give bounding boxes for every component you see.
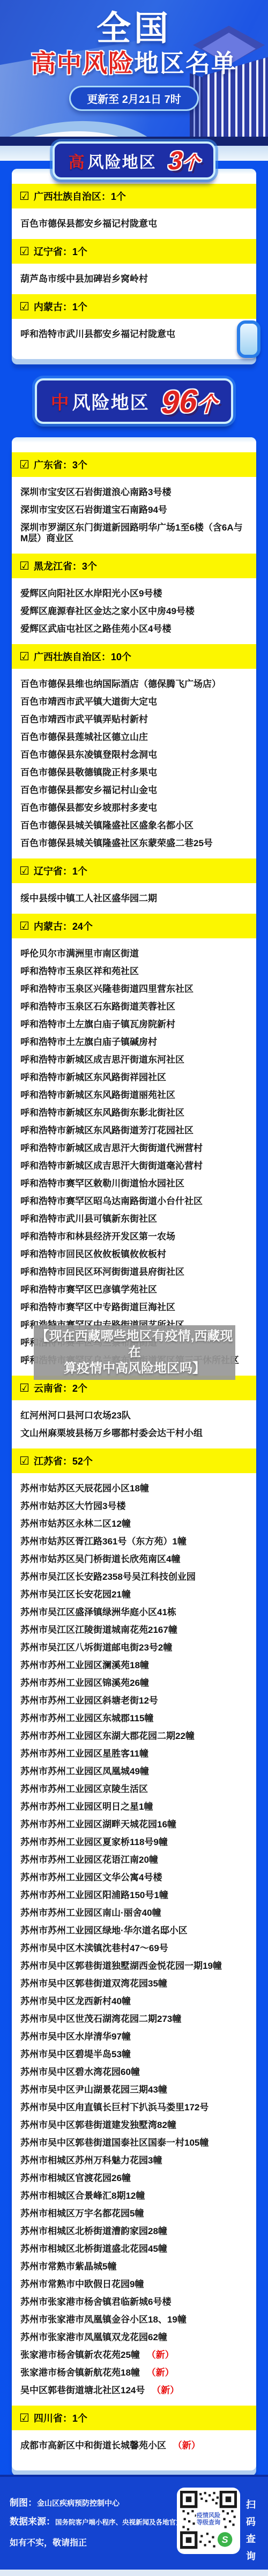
area-name: 苏州市相城区北桥街道盛北花园45幢: [20, 2244, 167, 2254]
checkbox-icon: ☑: [19, 191, 29, 202]
area-name: 苏州市张家港市凤凰镇双龙花园62幢: [20, 2332, 167, 2342]
province-header: ☑ 辽宁省：1个: [12, 239, 256, 264]
area-name: 苏州市苏州工业园区花语江南20幢: [20, 1855, 158, 1865]
area-row: 苏州市吴中区郭巷街道独墅湖西金悦花园一期19幢: [12, 1957, 256, 1975]
checkbox-icon: ☑: [19, 651, 29, 662]
area-name: 爱辉区鹿源春社区金达之家小区中房49号楼: [20, 606, 195, 616]
area-row: 苏州市吴中区尹山湖景花园三期43幢: [12, 2081, 256, 2099]
area-row: 苏州市张家港市杨舍镇君临新城6号楼: [12, 2293, 256, 2311]
area-name: 苏州市相城区苏州万科魅力花园3幢: [20, 2155, 162, 2166]
title-block: 全国 高中风险地区名单 更新至 2月21日 7时: [0, 0, 268, 111]
area-row: 苏州市苏州工业园区东湖大郡花园二期22幢: [12, 1727, 256, 1745]
high-risk-section-badge: 高 风险地区 3 个: [53, 141, 216, 180]
area-row: 苏州市吴中区碧水湾花园60幢: [12, 2063, 256, 2081]
area-row: 百色市德保县城关镇隆盛社区盛象名都小区: [12, 817, 256, 834]
source-line: 数据来源：国务院客户端小程序、央视新闻及各地官方发布: [10, 2514, 173, 2527]
area-name: 呼和浩特市和林县经济开发区第一农场: [20, 1231, 175, 1242]
area-row: 苏州市张家港市凤凰镇金谷小区18、19幢: [12, 2311, 256, 2328]
area-name: 苏州市相城区万宇名都花园5幢: [20, 2208, 144, 2219]
area-name: 百色市德保县都安乡福记村陇意屯: [20, 219, 157, 229]
area-row: 呼和浩特市赛罕区敕勒川街道怡水园社区: [12, 1175, 256, 1192]
area-row: 苏州市吴中区郭巷街道双湾花园35幢: [12, 1975, 256, 1992]
checkbox-icon: ☑: [19, 1455, 29, 1467]
province-header: ☑ 广东省：3个: [12, 452, 256, 477]
watermark-line-1: 【现在西藏哪些地区有疫情,西藏现在: [35, 1328, 234, 1361]
area-row: 苏州市苏州工业园区湖畔天城花园16幢: [12, 1816, 256, 1833]
area-row: 爱辉区鹿源春社区金达之家小区中房49号楼: [12, 602, 256, 620]
area-name: 百色市德保县都安乡福记村山金屯: [20, 785, 157, 795]
area-name: 文山州麻栗坡县杨万乡哪都村委会达干村小组: [20, 1428, 203, 1438]
area-row: 吴中区郭巷街道塘北社区124号 （新）: [12, 2381, 256, 2399]
credit-line: 制图：金山区疾病预防控制中心: [10, 2495, 173, 2508]
area-name: 百色市靖西市武平镇大道街大定屯: [20, 697, 157, 707]
area-name: 苏州市常熟市紫晶城5幢: [20, 2261, 116, 2272]
area-row: 呼伦贝尔市满洲里市南区街道: [12, 945, 256, 962]
area-row: 苏州市苏州工业园区东城郡115幢: [12, 1709, 256, 1727]
province-name: 内蒙古：1个: [34, 300, 87, 313]
area-row: 苏州市吴江区长安路2358号吴江科技创业园: [12, 1568, 256, 1586]
area-row: 红河州河口县河口农场23队: [12, 1407, 256, 1424]
province-name: 黑龙江省：3个: [34, 559, 97, 573]
province-name: 云南省：2个: [34, 1381, 87, 1395]
area-name: 呼和浩特市回民区环河街街道县府街社区: [20, 1267, 184, 1277]
area-name: 苏州市苏州工业园区斜塘老街12号: [20, 1696, 158, 1706]
area-name: 百色市德保县城关镇隆盛社区东蒙荣盛二巷25号: [20, 838, 213, 848]
checkbox-icon: ☑: [19, 921, 29, 932]
area-name: 苏州市吴中区水岸清华97幢: [20, 2032, 131, 2042]
area-name: 爱辉区武庙屯社区之路佳苑小区4号楼: [20, 624, 171, 634]
area-name: 苏州市苏州工业园区凤凰城49幢: [20, 1766, 149, 1776]
update-time-badge: 更新至 2月21日 7时: [69, 86, 199, 111]
credit-label: 制图：: [10, 2498, 37, 2508]
area-name: 苏州市姑苏区吴门桥街道长欣苑南区4幢: [20, 1554, 180, 1564]
area-name: 苏州市吴江区八坼街道邮电街23号2幢: [20, 1642, 172, 1653]
province-name: 内蒙古：24个: [34, 919, 93, 933]
area-name: 深圳市宝安区石岩街道浪心南路3号楼: [20, 487, 171, 497]
area-row: 苏州市苏州工业园区凤凰城49幢: [12, 1763, 256, 1780]
area-name: 呼和浩特市玉泉区兴隆巷街道四里营东社区: [20, 984, 193, 994]
area-row: 苏州市张家港市凤凰镇双龙花园62幢: [12, 2328, 256, 2346]
header: 全国 高中风险地区名单 更新至 2月21日 7时: [0, 0, 268, 161]
province-group: ☑ 黑龙江省：3个 爱辉区向阳社区水岸阳光小区9号楼 爱辉区鹿源春社区金达之家小…: [12, 554, 256, 638]
area-name: 苏州市张家港市凤凰镇金谷小区18、19幢: [20, 2314, 187, 2325]
province-name: 江苏省：52个: [34, 1454, 93, 1468]
province-header: ☑ 四川省：1个: [12, 2406, 256, 2430]
medium-risk-count-number: 96: [160, 382, 198, 421]
area-name: 张家港市杨舍镇新农花苑25幢: [20, 2350, 140, 2360]
area-row: 呼和浩特市玉泉区石东路街道芙蓉社区: [12, 998, 256, 1016]
area-row: 百色市德保县维也纳国际酒店（德保腾飞广场店）: [12, 675, 256, 693]
area-row: 苏州市苏州工业园区明日之星1幢: [12, 1798, 256, 1816]
area-name: 深圳市罗湖区东门街道新园路明华广场1至6楼（含6A与M层）商业区: [20, 522, 243, 543]
area-row: 呼和浩特市新城区成吉思汗大街街道代洲营村: [12, 1139, 256, 1157]
chain-link-icon: [237, 320, 260, 358]
area-name: 苏州市苏州工业园区南山·丽舍40幢: [20, 1908, 161, 1918]
subtitle-risk-text: 高中风险: [31, 49, 134, 77]
area-name: 苏州市吴江区长安路2358号吴江科技创业园: [20, 1572, 196, 1582]
area-row: 苏州市吴中区甪直镇长巨村下扒浜马娄里172号: [12, 2099, 256, 2116]
area-row: 苏州市苏州工业园区夏家桥118号9幢: [12, 1833, 256, 1851]
area-name: 呼和浩特市赛罕区中专路街道巨海社区: [20, 1302, 175, 1312]
svg-text:S: S: [222, 2534, 228, 2545]
area-name: 苏州市苏州工业园区阳浦路150号1幢: [20, 1890, 168, 1900]
area-row: 百色市德保县莲城社区德立山庄: [12, 728, 256, 746]
province-group: ☑ 内蒙古：1个 呼和浩特市武川县都安乡福记村陇意屯: [12, 294, 256, 343]
source-value: 国务院客户端小程序、央视新闻及各地官方发布: [55, 2519, 196, 2526]
area-name: 红河州河口县河口农场23队: [20, 1410, 131, 1421]
area-row: 苏州市苏州工业园区南山·丽舍40幢: [12, 1904, 256, 1922]
medium-risk-count-unit: 个: [196, 387, 218, 417]
province-group: ☑ 辽宁省：1个 葫芦岛市绥中县加碑岩乡窝岭村: [12, 239, 256, 288]
area-row: 百色市德保县东凌镇登限村念洞屯: [12, 746, 256, 764]
province-group: ☑ 辽宁省：1个 绥中县绥中镇工人社区盛华园二期: [12, 858, 256, 907]
area-row: 苏州市相城区合景峰汇8期12幢: [12, 2187, 256, 2205]
area-row: 呼和浩特市赛罕区乌兰察布路街道 【现在西藏哪些地区有疫情,西藏现在 算疫情中高风…: [12, 1334, 256, 1352]
checkbox-icon: ☑: [19, 2413, 29, 2424]
qr-code: 疫情风险 等级查询 S: [177, 2488, 240, 2554]
province-group: ☑ 云南省：2个 红河州河口县河口农场23队 文山州麻栗坡县杨万乡哪都村委会达干…: [12, 1376, 256, 1442]
page-title: 全国: [0, 11, 268, 47]
area-name: 呼和浩特市回民区攸攸板镇攸攸板村: [20, 1249, 166, 1259]
area-name: 苏州市姑苏区天辰花园小区18幢: [20, 1483, 149, 1494]
area-row: 苏州市苏州工业园区阳浦路150号1幢: [12, 1886, 256, 1904]
area-name: 苏州市吴中区郭巷街道国泰社区国泰一村105幢: [20, 2138, 209, 2148]
medium-risk-prefix: 中: [51, 388, 69, 414]
footer-note: 如有不实，敬请指正: [10, 2536, 173, 2548]
area-row: 呼和浩特市玉泉区兴隆巷街道四里营东社区: [12, 980, 256, 998]
area-row: 苏州市相城区官渡花园26幢: [12, 2169, 256, 2187]
checkbox-icon: ☑: [19, 301, 29, 312]
footer: 制图：金山区疾病预防控制中心 数据来源：国务院客户端小程序、央视新闻及各地官方发…: [0, 2475, 268, 2572]
area-name: 呼和浩特市土左旗白庙子镇瓦房院新村: [20, 1019, 175, 1029]
area-row: 呼和浩特市赛罕区中专路街道巨海社区: [12, 1298, 256, 1316]
area-name: 苏州市吴中区世茂石湖湾花园二期273幢: [20, 2014, 181, 2024]
qr-caption: 扫码查询: [243, 2499, 257, 2568]
area-row: 百色市靖西市武平镇大道街大定屯: [12, 693, 256, 711]
area-name: 呼和浩特市新城区成吉思汗大街街道毫沁营村: [20, 1161, 203, 1171]
area-name: 呼和浩特市新城区东风路街祥园社区: [20, 1072, 166, 1082]
province-header: ☑ 内蒙古：1个: [12, 294, 256, 319]
province-group: ☑ 江苏省：52个 苏州市姑苏区天辰花园小区18幢 苏州市姑苏区大竹园3号楼 苏…: [12, 1448, 256, 2399]
checkbox-icon: ☑: [19, 459, 29, 471]
area-name: 百色市德保县城关镇隆盛社区盛象名都小区: [20, 820, 193, 831]
area-row: 葫芦岛市绥中县加碑岩乡窝岭村: [12, 270, 256, 288]
province-header: ☑ 广西壮族自治区：10个: [12, 644, 256, 669]
area-name: 苏州市吴中区尹山湖景花园三期43幢: [20, 2085, 167, 2095]
area-name: 呼和浩特市新城区东风路街道丽苑社区: [20, 1090, 175, 1100]
area-name: 成都市高新区中和街道长城馨苑小区: [20, 2440, 166, 2451]
area-name: 呼和浩特市赛罕区巴彦镇学苑社区: [20, 1285, 157, 1295]
area-name: 苏州市苏州工业园区星胜客11幢: [20, 1749, 148, 1759]
area-row: 苏州市常熟市紫晶城5幢: [12, 2258, 256, 2275]
area-name: 苏州市吴中区碧堤半岛53幢: [20, 2049, 131, 2059]
area-name: 爱辉区向阳社区水岸阳光小区9号楼: [20, 588, 162, 599]
area-name: 呼和浩特市新城区东风路街道芳汀花园社区: [20, 1125, 193, 1136]
area-name: 葫芦岛市绥中县加碑岩乡窝岭村: [20, 274, 148, 284]
area-row: 呼和浩特市新城区东风路街祥园社区: [12, 1069, 256, 1086]
area-name: 呼和浩特市赛罕区昭乌达南路街道小台什社区: [20, 1196, 203, 1206]
high-risk-count-number: 3: [167, 146, 183, 176]
area-name: 吴中区郭巷街道塘北社区124号: [20, 2385, 145, 2395]
qr-center-text-1: 疫情风险: [196, 2512, 220, 2519]
area-row: 苏州市吴中区水岸清华97幢: [12, 2028, 256, 2045]
province-name: 四川省：1个: [34, 2411, 87, 2425]
area-name: 苏州市吴江区盛泽镇绿洲华庭小区41栋: [20, 1607, 176, 1617]
province-group: ☑ 广西壮族自治区：10个 百色市德保县维也纳国际酒店（德保腾飞广场店） 百色市…: [12, 644, 256, 852]
area-row: 呼和浩特市和林县经济开发区第一农场: [12, 1228, 256, 1245]
province-group: ☑ 四川省：1个 成都市高新区中和街道长城馨苑小区 （新）: [12, 2406, 256, 2454]
area-name: 呼和浩特市赛罕区敕勒川街道怡水园社区: [20, 1178, 184, 1189]
area-row: 爱辉区武庙屯社区之路佳苑小区4号楼: [12, 620, 256, 638]
area-name: 绥中县绥中镇工人社区盛华园二期: [20, 893, 157, 904]
province-header: ☑ 黑龙江省：3个: [12, 554, 256, 578]
area-row: 成都市高新区中和街道长城馨苑小区 （新）: [12, 2437, 256, 2454]
credit-value: 金山区疾病预防控制中心: [37, 2499, 120, 2507]
new-badge: （新）: [173, 2440, 200, 2451]
area-row: 苏州市吴江区江陵街道城南花苑2167幢: [12, 1621, 256, 1639]
area-row: 呼和浩特市回民区环河街街道县府街社区: [12, 1263, 256, 1281]
area-name: 百色市德保县都安乡坡那村多麦屯: [20, 803, 157, 813]
area-name: 呼和浩特市土左旗白庙子镇碱房村: [20, 1037, 157, 1047]
area-row: 苏州市苏州工业园区锦溪苑26幢: [12, 1674, 256, 1692]
area-row: 深圳市罗湖区东门街道新园路明华广场1至6楼（含6A与M层）商业区: [12, 519, 256, 547]
area-row: 深圳市宝安区石岩街道浪心南路3号楼: [12, 483, 256, 501]
area-row: 苏州市相城区北桥街道盛北花园45幢: [12, 2240, 256, 2258]
area-row: 苏州市相城区苏州万科魅力花园3幢: [12, 2152, 256, 2169]
area-row: 苏州市吴中区龙西新村40幢: [12, 1992, 256, 2010]
area-row: 深圳市宝安区石岩街道宝石南路94号: [12, 501, 256, 519]
poster-page: 全国 高中风险地区名单 更新至 2月21日 7时 高 风险地区 3 个 ☑ 广西…: [0, 0, 268, 2576]
area-name: 呼和浩特市玉泉区石东路街道芙蓉社区: [20, 1002, 175, 1012]
area-name: 百色市靖西市武平镇弄贴村新村: [20, 714, 148, 725]
area-name: 苏州市常熟市中欧假日花园9幢: [20, 2279, 144, 2289]
area-name: 呼和浩特市新城区成吉思汗街道东河社区: [20, 1055, 184, 1065]
area-name: 苏州市苏州工业园区澜溪苑18幢: [20, 1660, 149, 1670]
area-row: 苏州市吴江区长安花园21幢: [12, 1586, 256, 1603]
area-row: 苏州市相城区万宇名都花园5幢: [12, 2205, 256, 2222]
area-name: 百色市德保县维也纳国际酒店（德保腾飞广场店）: [20, 679, 221, 689]
area-row: 苏州市苏州工业园区澜溪苑18幢: [12, 1656, 256, 1674]
area-row: 文山州麻栗坡县杨万乡哪都村委会达干村小组: [12, 1424, 256, 1442]
province-group: ☑ 广东省：3个 深圳市宝安区石岩街道浪心南路3号楼 深圳市宝安区石岩街道宝石南…: [12, 452, 256, 547]
area-row: 百色市德保县城关镇隆盛社区东蒙荣盛二巷25号: [12, 834, 256, 852]
area-row: 苏州市苏州工业园区京陵生活区: [12, 1780, 256, 1798]
area-name: 苏州市苏州工业园区锦溪苑26幢: [20, 1678, 149, 1688]
province-name: 辽宁省：1个: [34, 244, 87, 258]
area-name: 苏州市姑苏区胥江路361号（东方苑）1幢: [20, 1536, 187, 1547]
province-name: 广东省：3个: [34, 458, 87, 472]
area-name: 百色市德保县东凌镇登限村念洞屯: [20, 750, 157, 760]
medium-risk-section-badge: 中 风险地区 96 个: [35, 378, 234, 424]
area-row: 苏州市吴中区碧堤半岛53幢: [12, 2045, 256, 2063]
area-row: 百色市靖西市武平镇弄贴村新村: [12, 711, 256, 728]
bottom-strip: [0, 2570, 268, 2576]
new-badge: （新）: [147, 2350, 174, 2360]
area-name: 苏州市相城区合景峰汇8期12幢: [20, 2191, 145, 2201]
area-row: 苏州市姑苏区胥江路361号（东方苑）1幢: [12, 1533, 256, 1550]
area-row: 苏州市苏州工业园区星胜客11幢: [12, 1745, 256, 1763]
area-name: 苏州市吴中区木渎镇沈巷村47～69号: [20, 1943, 168, 1953]
watermark-caption: 【现在西藏哪些地区有疫情,西藏现在 算疫情中高风险地区吗】: [34, 1325, 235, 1380]
area-row: 苏州市吴江区盛泽镇绿洲华庭小区41栋: [12, 1603, 256, 1621]
area-row: 苏州市苏州工业园区斜塘老街12号: [12, 1692, 256, 1709]
area-row: 苏州市苏州工业园区花语江南20幢: [12, 1851, 256, 1869]
area-name: 苏州市苏州工业园区东城郡115幢: [20, 1713, 153, 1723]
area-name: 苏州市吴中区郭巷街道独墅湖西金悦花园一期19幢: [20, 1961, 222, 1971]
footer-credits: 制图：金山区疾病预防控制中心 数据来源：国务院客户端小程序、央视新闻及各地官方发…: [10, 2495, 173, 2548]
area-name: 苏州市吴中区甪直镇长巨村下扒浜马娄里172号: [20, 2102, 209, 2112]
area-name: 张家港市杨舍镇新航花苑18幢: [20, 2368, 140, 2378]
area-row: 百色市德保县都安乡坡那村多麦屯: [12, 799, 256, 817]
province-name: 辽宁省：1个: [34, 864, 87, 878]
province-header: ☑ 内蒙古：24个: [12, 914, 256, 938]
area-row: 苏州市苏州工业园区文华公寓4号楼: [12, 1869, 256, 1886]
area-name: 苏州市吴中区龙西新村40幢: [20, 1996, 131, 2006]
area-name: 苏州市苏州工业园区东湖大郡花园二期22幢: [20, 1731, 195, 1741]
area-name: 苏州市苏州工业园区夏家桥118号9幢: [20, 1837, 168, 1847]
area-name: 苏州市苏州工业园区文华公寓4号楼: [20, 1872, 162, 1883]
high-risk-card: ☑ 广西壮族自治区：1个 百色市德保县都安乡福记村陇意屯 ☑ 辽宁省：1个 葫芦…: [12, 169, 256, 359]
area-row: 张家港市杨舍镇新航花苑18幢 （新）: [12, 2364, 256, 2381]
area-name: 深圳市宝安区石岩街道宝石南路94号: [20, 505, 167, 515]
area-row: 苏州市吴江区八坼街道邮电街23号2幢: [12, 1639, 256, 1656]
area-name: 苏州市姑苏区永林二区12幢: [20, 1519, 131, 1529]
area-name: 苏州市吴江区江陵街道城南花苑2167幢: [20, 1625, 177, 1635]
source-label: 数据来源：: [10, 2517, 55, 2527]
area-row: 呼和浩特市土左旗白庙子镇碱房村: [12, 1033, 256, 1051]
checkbox-icon: ☑: [19, 1383, 29, 1394]
area-row: 呼和浩特市赛罕区昭乌达南路街道小台什社区: [12, 1192, 256, 1210]
medium-risk-label: 风险地区: [72, 388, 150, 414]
province-name: 广西壮族自治区：10个: [34, 649, 131, 663]
new-badge: （新）: [147, 2368, 174, 2378]
area-name: 苏州市吴中区碧水湾花园60幢: [20, 2067, 140, 2077]
area-name: 苏州市吴中区郭巷街道双湾花园35幢: [20, 1978, 167, 1989]
high-risk-count: 3 个: [167, 145, 200, 176]
area-row: 苏州市吴中区郭巷街道国泰社区国泰一村105幢: [12, 2134, 256, 2152]
area-row: 呼和浩特市赛罕区巴彦镇学苑社区: [12, 1281, 256, 1298]
area-row: 呼和浩特市新城区成吉思汗大街街道毫沁营村: [12, 1157, 256, 1175]
area-name: 苏州市张家港市杨舍镇君临新城6号楼: [20, 2297, 171, 2307]
area-name: 呼和浩特市玉泉区祥和苑社区: [20, 966, 139, 976]
medium-risk-count: 96 个: [160, 381, 218, 421]
area-row: 呼和浩特市武川县都安乡福记村陇意屯: [12, 325, 256, 343]
area-name: 苏州市苏州工业园区湖畔天城花园16幢: [20, 1819, 176, 1830]
area-row: 呼和浩特市回民区攸攸板镇攸攸板村: [12, 1245, 256, 1263]
province-header: ☑ 广西壮族自治区：1个: [12, 184, 256, 208]
area-name: 呼伦贝尔市满洲里市南区街道: [20, 949, 139, 959]
high-risk-count-unit: 个: [182, 148, 200, 174]
area-row: 苏州市相城区北桥街道漕韵家园28幢: [12, 2222, 256, 2240]
province-group: ☑ 内蒙古：24个 呼伦贝尔市满洲里市南区街道 呼和浩特市玉泉区祥和苑社区 呼和…: [12, 914, 256, 1369]
area-name: 百色市德保县敬德镇陇正村多果屯: [20, 767, 157, 778]
area-row: 苏州市姑苏区永林二区12幢: [12, 1515, 256, 1533]
area-row: 呼和浩特市新城区成吉思汗街道东河社区: [12, 1051, 256, 1069]
checkbox-icon: ☑: [19, 865, 29, 877]
area-row: 呼和浩特市新城区东风路街道芳汀花园社区: [12, 1122, 256, 1139]
province-group: ☑ 广西壮族自治区：1个 百色市德保县都安乡福记村陇意屯: [12, 184, 256, 233]
area-row: 爱辉区向阳社区水岸阳光小区9号楼: [12, 585, 256, 602]
high-risk-label: 风险地区: [88, 149, 157, 173]
area-row: 呼和浩特市武川县可镇新东街社区: [12, 1210, 256, 1228]
area-row: 呼和浩特市新城区东风路街道丽苑社区: [12, 1086, 256, 1104]
checkbox-icon: ☑: [19, 561, 29, 572]
area-row: 苏州市吴中区木渎镇沈巷村47～69号: [12, 1939, 256, 1957]
area-name: 苏州市苏州工业园区绿地·华尔道名邸小区: [20, 1925, 188, 1936]
subtitle-rest-text: 地区名单: [134, 49, 237, 77]
area-row: 呼和浩特市玉泉区祥和苑社区: [12, 962, 256, 980]
area-name: 苏州市姑苏区大竹园3号楼: [20, 1501, 125, 1511]
area-name: 呼和浩特市武川县可镇新东街社区: [20, 1214, 157, 1224]
area-row: 张家港市杨舍镇新农花苑25幢 （新）: [12, 2346, 256, 2364]
area-row: 苏州市姑苏区天辰花园小区18幢: [12, 1480, 256, 1497]
area-name: 苏州市相城区官渡花园26幢: [20, 2173, 131, 2183]
area-name: 呼和浩特市武川县都安乡福记村陇意屯: [20, 329, 175, 339]
area-row: 苏州市吴中区郭巷街道建发独墅湾82幢: [12, 2116, 256, 2134]
watermark-line-2: 算疫情中高风险地区吗】: [35, 1361, 234, 1377]
area-row: 苏州市姑苏区吴门桥街道长欣苑南区4幢: [12, 1550, 256, 1568]
province-name: 广西壮族自治区：1个: [34, 189, 126, 203]
high-risk-prefix: 高: [69, 149, 85, 173]
area-row: 呼和浩特市新城区东风路街东影北街社区: [12, 1104, 256, 1122]
area-row: 苏州市苏州工业园区绿地·华尔道名邸小区: [12, 1922, 256, 1939]
area-row: 百色市德保县都安乡福记村山金屯: [12, 781, 256, 799]
qr-code-image: 疫情风险 等级查询 S: [180, 2491, 237, 2551]
area-row: 百色市德保县都安乡福记村陇意屯: [12, 215, 256, 233]
province-header: ☑ 辽宁省：1个: [12, 858, 256, 883]
area-name: 苏州市苏州工业园区京陵生活区: [20, 1784, 148, 1794]
checkbox-icon: ☑: [19, 246, 29, 257]
area-row: 百色市德保县敬德镇陇正村多果屯: [12, 764, 256, 781]
area-row: 绥中县绥中镇工人社区盛华园二期: [12, 890, 256, 907]
area-name: 呼和浩特市新城区东风路街东影北街社区: [20, 1108, 184, 1118]
area-name: 苏州市苏州工业园区明日之星1幢: [20, 1802, 153, 1812]
page-subtitle: 高中风险地区名单: [0, 50, 268, 77]
area-row: 苏州市常熟市中欧假日花园9幢: [12, 2275, 256, 2293]
area-row: 呼和浩特市土左旗白庙子镇瓦房院新村: [12, 1016, 256, 1033]
qr-center-text-2: 等级查询: [197, 2518, 220, 2526]
new-badge: （新）: [152, 2385, 179, 2395]
area-name: 苏州市吴中区郭巷街道建发独墅湾82幢: [20, 2120, 176, 2130]
area-row: 苏州市吴中区世茂石湖湾花园二期273幢: [12, 2010, 256, 2028]
province-header: ☑ 江苏省：52个: [12, 1448, 256, 1473]
medium-risk-card: ☑ 广东省：3个 深圳市宝安区石岩街道浪心南路3号楼 深圳市宝安区石岩街道宝石南…: [12, 437, 256, 2470]
area-name: 苏州市吴江区长安花园21幢: [20, 1589, 131, 1600]
area-name: 百色市德保县莲城社区德立山庄: [20, 732, 148, 742]
area-name: 苏州市相城区北桥街道漕韵家园28幢: [20, 2226, 167, 2236]
area-row: 苏州市姑苏区大竹园3号楼: [12, 1497, 256, 1515]
area-name: 呼和浩特市新城区成吉思汗大街街道代洲营村: [20, 1143, 203, 1153]
